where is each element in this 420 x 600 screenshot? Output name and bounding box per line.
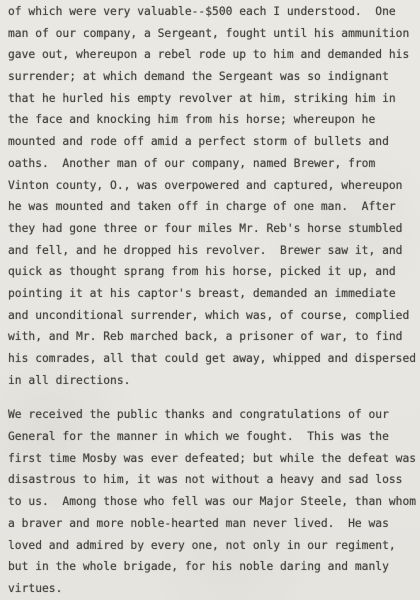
text-line: with, and Mr. Reb marched back, a prison… — [8, 326, 416, 348]
text-line: but in the whole brigade, for his noble … — [8, 556, 416, 578]
text-line: surrender; at which demand the Sergeant … — [8, 66, 416, 88]
text-line: General for the manner in which we fough… — [8, 426, 416, 448]
text-line: to us. Among those who fell was our Majo… — [8, 491, 416, 513]
text-line: first time Mosby was ever defeated; but … — [8, 448, 416, 470]
text-line: man of our company, a Sergeant, fought u… — [8, 23, 416, 45]
text-line: and fell, and he dropped his revolver. B… — [8, 240, 416, 262]
paragraph: of which were very valuable--$500 each I… — [8, 1, 416, 391]
text-line: disastrous to him, it was not without a … — [8, 469, 416, 491]
text-line: in all directions. — [8, 370, 416, 392]
text-line: the face and knocking him from his horse… — [8, 109, 416, 131]
text-line: of which were very valuable--$500 each I… — [8, 1, 416, 23]
text-line: a braver and more noble-hearted man neve… — [8, 513, 416, 535]
text-line: his comrades, all that could get away, w… — [8, 348, 416, 370]
text-line: We received the public thanks and congra… — [8, 404, 416, 426]
text-line: virtues. — [8, 578, 416, 600]
text-line: they had gone three or four miles Mr. Re… — [8, 218, 416, 240]
text-line: he was mounted and taken off in charge o… — [8, 196, 416, 218]
text-line: gave out, whereupon a rebel rode up to h… — [8, 44, 416, 66]
text-line: that he hurled his empty revolver at him… — [8, 88, 416, 110]
text-line: mounted and rode off amid a perfect stor… — [8, 131, 416, 153]
text-line: loved and admired by every one, not only… — [8, 535, 416, 557]
text-line: oaths. Another man of our company, named… — [8, 153, 416, 175]
text-line: quick as thought sprang from his horse, … — [8, 261, 416, 283]
document-page: of which were very valuable--$500 each I… — [0, 0, 420, 600]
text-line: and unconditional surrender, which was, … — [8, 305, 416, 327]
text-line: Vinton county, O., was overpowered and c… — [8, 175, 416, 197]
text-line: pointing it at his captor's breast, dema… — [8, 283, 416, 305]
paragraph: We received the public thanks and congra… — [8, 404, 416, 599]
